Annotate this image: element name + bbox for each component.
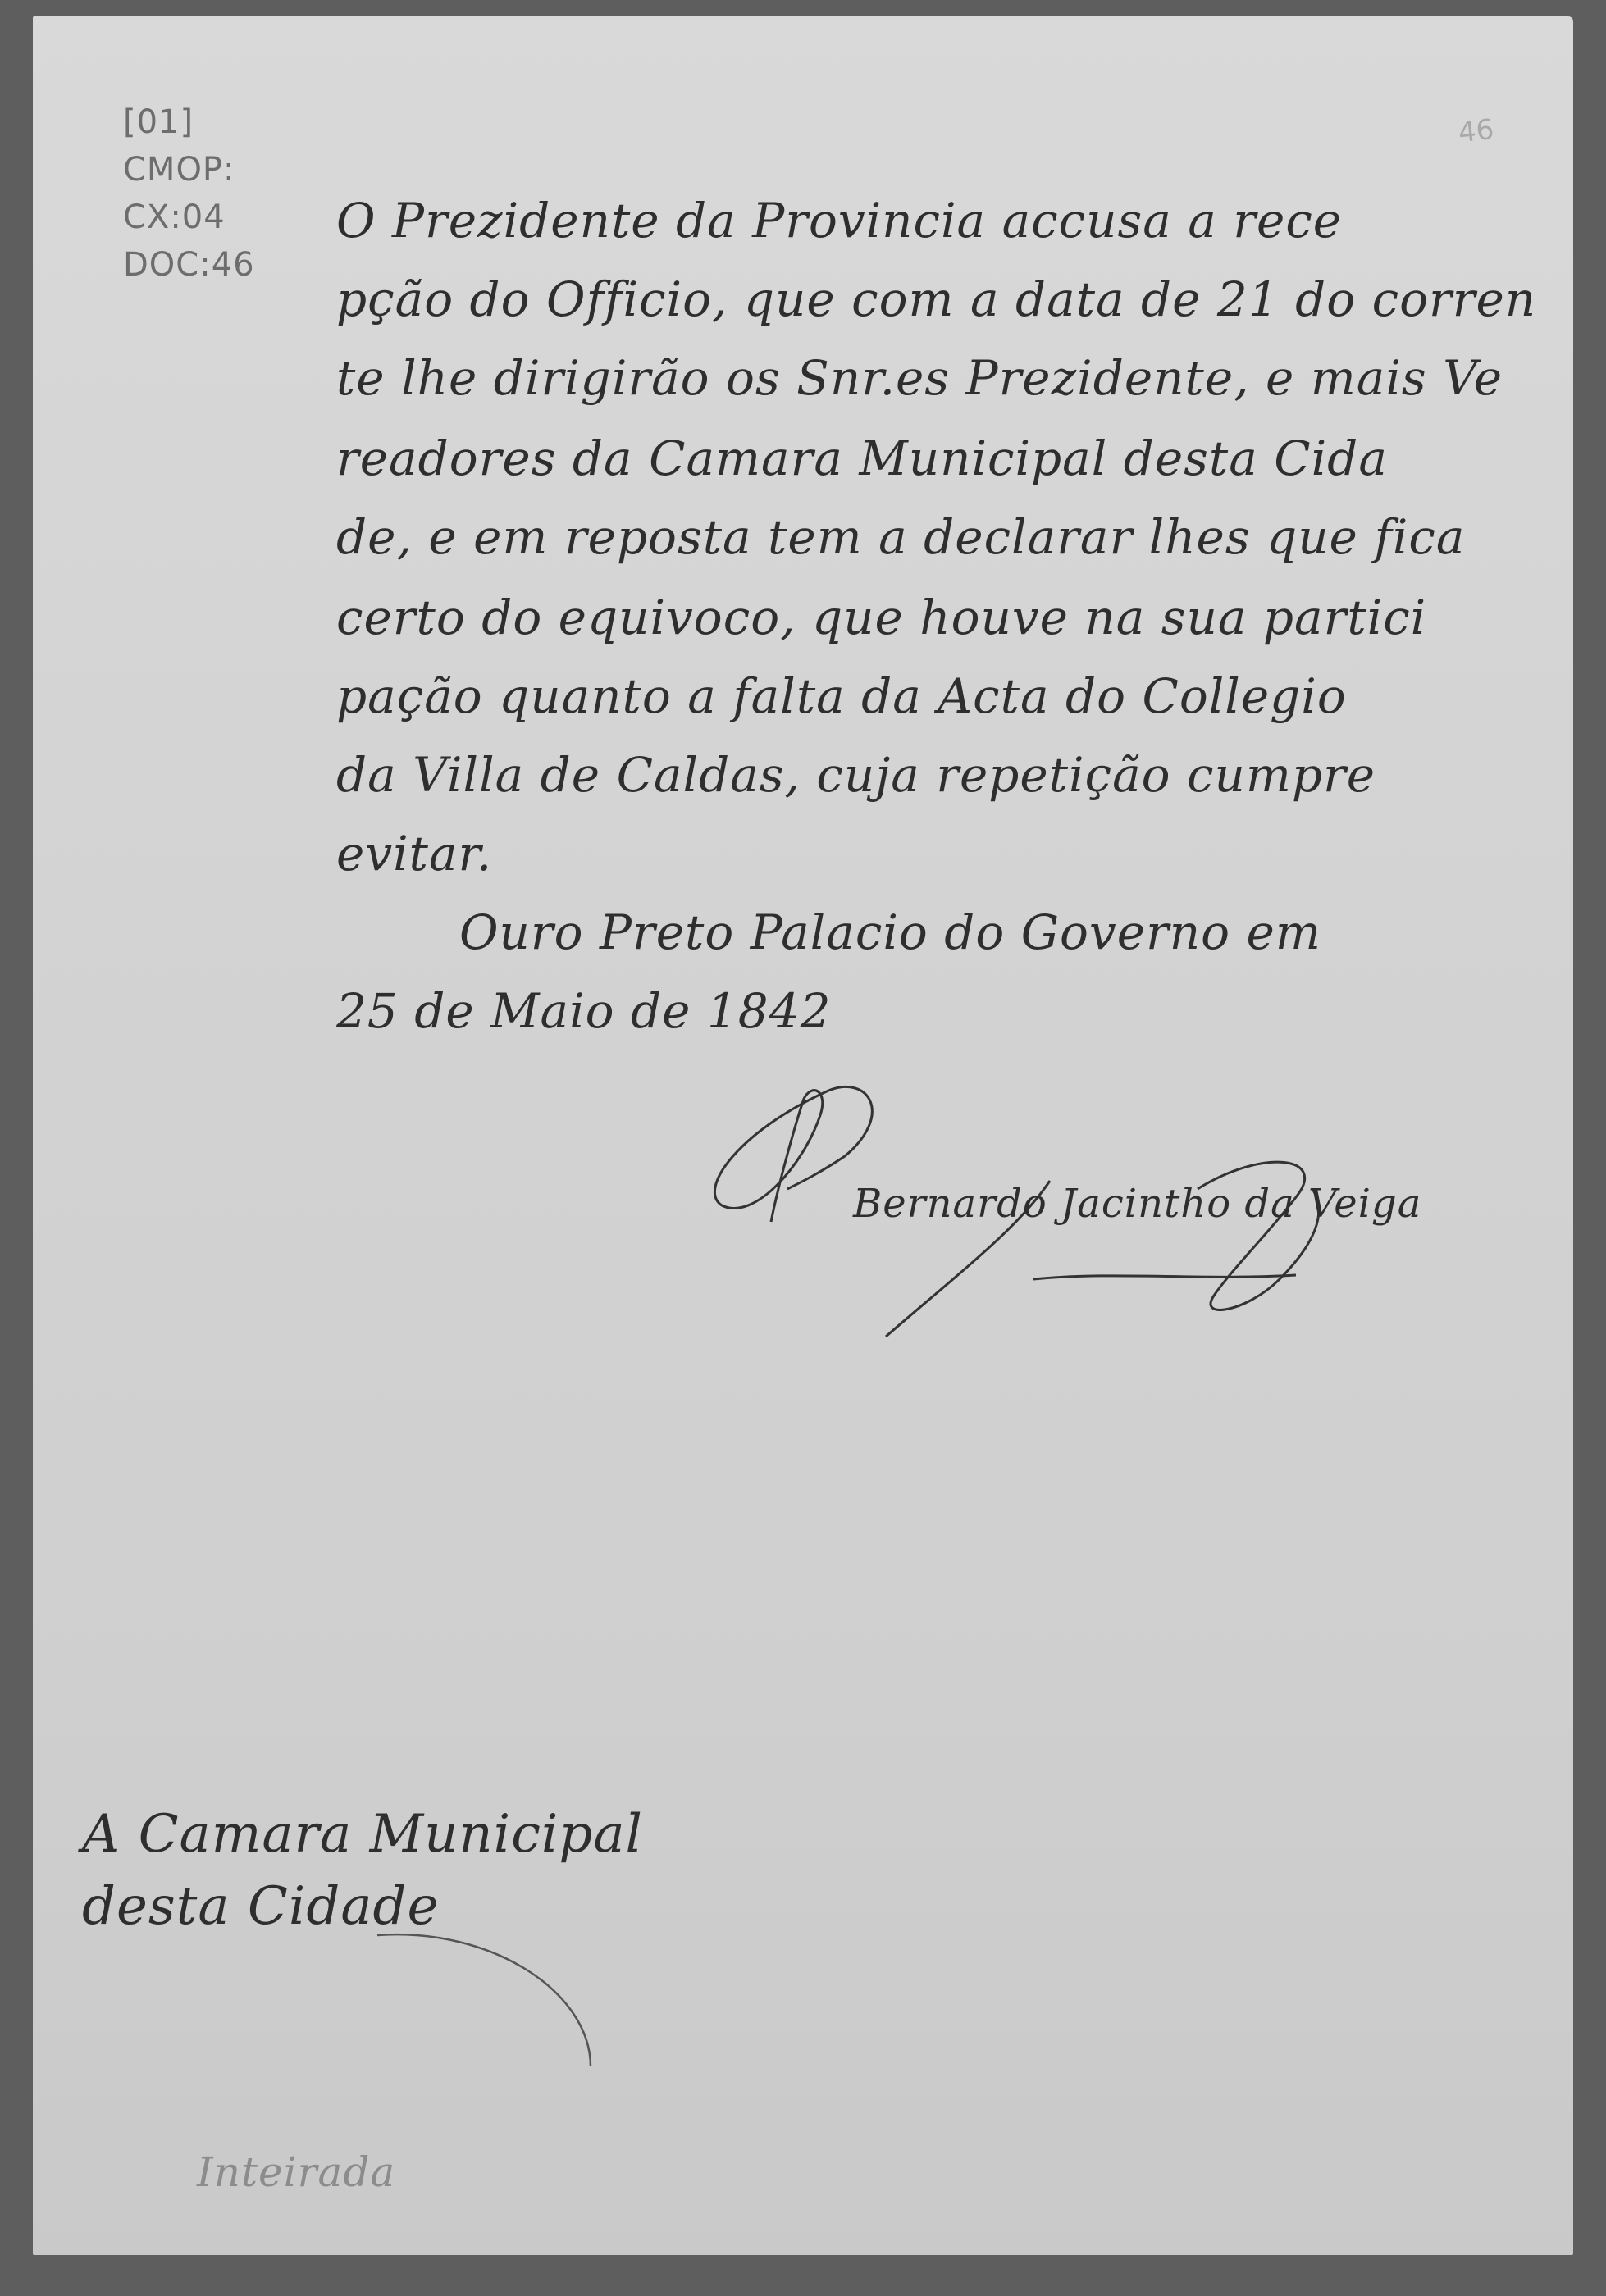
body-line: readores da Camara Municipal desta Cida (336, 430, 1388, 486)
place-date-line: 25 de Maio de 1842 (336, 983, 832, 1039)
archive-label-line: DOC:46 (123, 241, 255, 289)
archive-reference-label: [01] CMOP: CX:04 DOC:46 (123, 98, 255, 289)
archive-label-line: [01] (123, 98, 255, 146)
body-line: te lhe dirigirão os Snr.es Prezidente, e… (336, 350, 1503, 406)
marginal-note: Inteirada (197, 2148, 395, 2196)
archive-label-line: CMOP: (123, 146, 255, 194)
body-line: da Villa de Caldas, cuja repetição cumpr… (336, 747, 1376, 803)
body-line: pção do Officio, que com a data de 21 do… (336, 271, 1536, 327)
body-line: O Prezidente da Provincia accusa a rece (336, 193, 1342, 248)
addressee-line: A Camara Municipal (82, 1804, 643, 1865)
body-line: evitar. (336, 826, 492, 881)
signature: Bernardo Jacintho da Veiga (705, 1066, 1591, 1361)
body-line: certo do equivoco, que houve na sua part… (336, 590, 1426, 645)
signature-name: Bernardo Jacintho da Veiga (853, 1181, 1421, 1227)
addressee-block: A Camara Municipal desta Cidade (82, 1804, 643, 1937)
folio-number: 46 (1457, 113, 1495, 149)
archive-label-line: CX:04 (123, 194, 255, 241)
body-line: de, e em reposta tem a declarar lhes que… (336, 509, 1465, 565)
document-page: [01] CMOP: CX:04 DOC:46 46 O Prezidente … (33, 16, 1573, 2255)
addressee-flourish-icon (344, 1927, 738, 2075)
body-line: pação quanto a falta da Acta do Collegio (336, 668, 1347, 724)
place-date-line: Ouro Preto Palacio do Governo em (459, 904, 1321, 960)
